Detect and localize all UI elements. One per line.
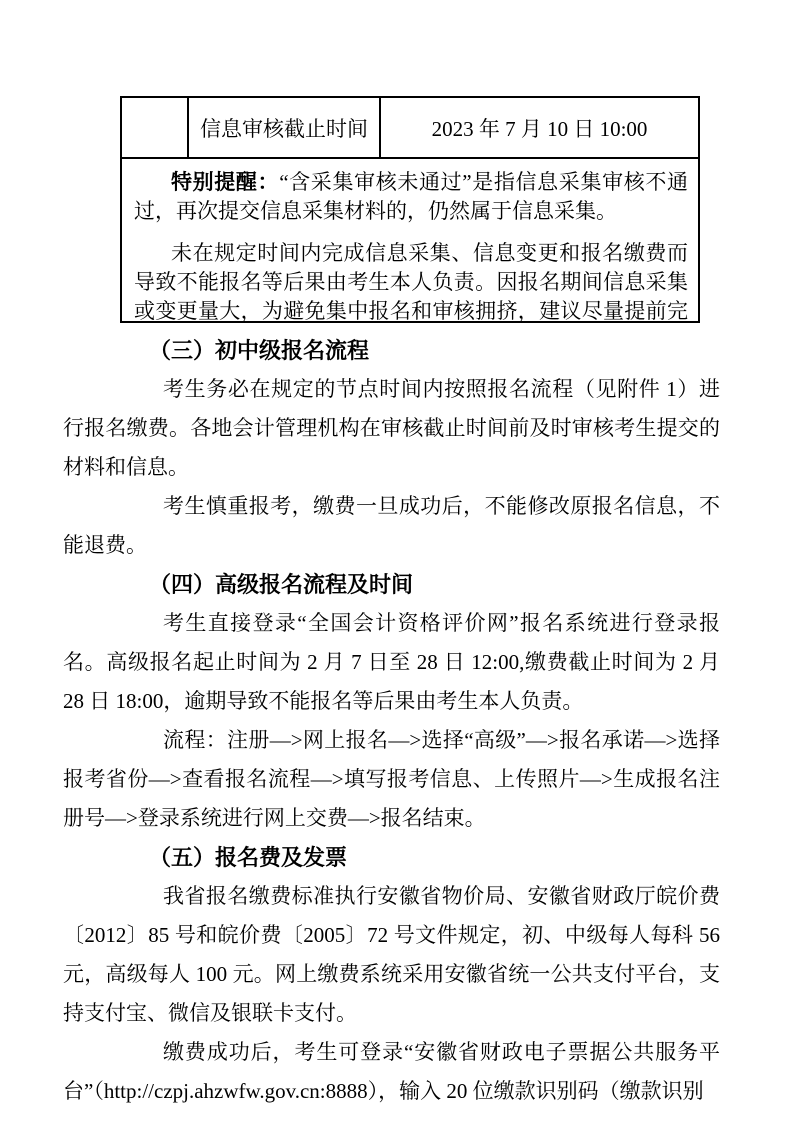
special-notice-box: 特别提醒：“含采集审核未通过”是指信息采集审核不通过，再次提交信息采集材料的，仍… (120, 157, 700, 323)
section-5-paragraph-2: 缴费成功后，考生可登录“安徽省财政电子票据公共服务平台”（http://czpj… (63, 1033, 720, 1111)
document-page: 信息审核截止时间 2023 年 7 月 10 日 10:00 特别提醒：“含采集… (0, 0, 793, 1122)
section-3-paragraph-1: 考生务必在规定的节点时间内按照报名流程（见附件 1）进行报名缴费。各地会计管理机… (63, 370, 720, 487)
table-cell-review-deadline-value: 2023 年 7 月 10 日 10:00 (381, 98, 698, 157)
document-body: （三）初中级报名流程 考生务必在规定的节点时间内按照报名流程（见附件 1）进行报… (63, 331, 720, 1111)
table-cell-empty (122, 98, 189, 157)
notice-bold-lead: 特别提醒： (171, 170, 279, 194)
notice-paragraph-2: 未在规定时间内完成信息采集、信息变更和报名缴费而导致不能报名等后果由考生本人负责… (134, 239, 688, 323)
section-heading-4: （四）高级报名流程及时间 (63, 565, 720, 604)
section-heading-5: （五）报名费及发票 (63, 838, 720, 877)
section-5-paragraph-1: 我省报名缴费标准执行安徽省物价局、安徽省财政厅皖价费〔2012〕85 号和皖价费… (63, 877, 720, 1033)
section-4-paragraph-2: 流程：注册—>网上报名—>选择“高级”—>报名承诺—>选择报考省份—>查看报名流… (63, 721, 720, 838)
notice-paragraph-1: 特别提醒：“含采集审核未通过”是指信息采集审核不通过，再次提交信息采集材料的，仍… (134, 168, 688, 226)
table-cell-review-deadline-label: 信息审核截止时间 (189, 98, 381, 157)
deadline-table: 信息审核截止时间 2023 年 7 月 10 日 10:00 特别提醒：“含采集… (120, 96, 700, 323)
section-4-paragraph-1: 考生直接登录“全国会计资格评价网”报名系统进行登录报名。高级报名起止时间为 2 … (63, 604, 720, 721)
section-heading-3: （三）初中级报名流程 (63, 331, 720, 370)
table-row: 信息审核截止时间 2023 年 7 月 10 日 10:00 (120, 96, 700, 157)
section-3-paragraph-2: 考生慎重报考，缴费一旦成功后，不能修改原报名信息，不能退费。 (63, 487, 720, 565)
